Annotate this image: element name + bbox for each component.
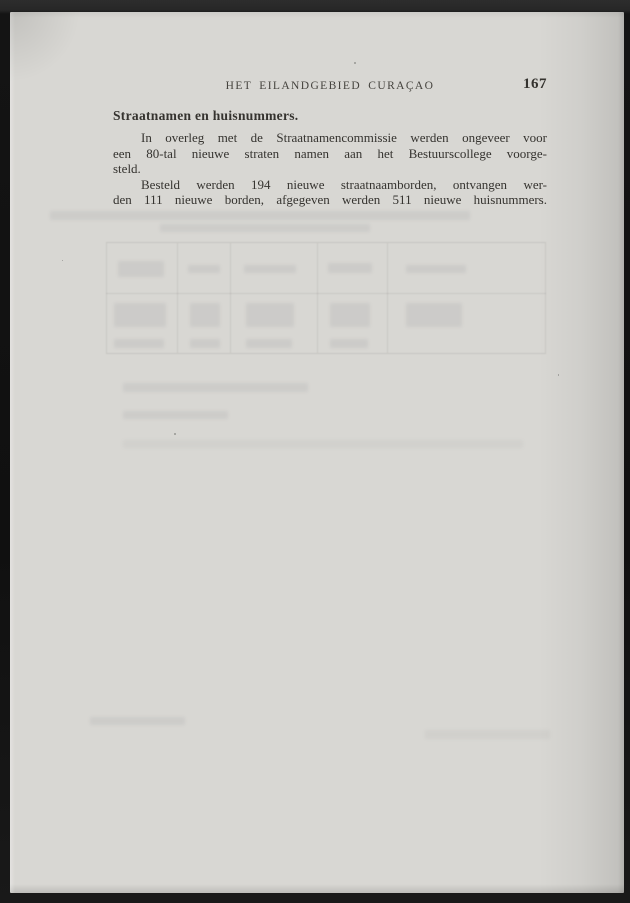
page-header: HET EILANDGEBIED CURAÇAO 167 (113, 80, 547, 98)
body-line: een 80-tal nieuwe straten namen aan het … (113, 146, 547, 162)
show-through-text-ghost (123, 383, 308, 392)
body-line: den 111 nieuwe borden, afgegeven werden … (113, 192, 547, 208)
dust-speck (558, 374, 559, 376)
paragraph: In overleg met de Straatnamencommissie w… (113, 130, 547, 177)
body-line: steld. (113, 161, 547, 177)
section-heading: Straatnamen en huisnummers. (113, 108, 547, 123)
body-line: In overleg met de Straatnamencommissie w… (113, 130, 547, 146)
show-through-text-ghost (50, 211, 470, 220)
body-line: Besteld werden 194 nieuwe straatnaambord… (113, 177, 547, 193)
scanned-page: HET EILANDGEBIED CURAÇAO 167 Straatnamen… (10, 12, 624, 893)
text-block: Straatnamen en huisnummers. In overleg m… (113, 108, 547, 208)
paragraph: Besteld werden 194 nieuwe straatnaambord… (113, 177, 547, 208)
show-through-text-ghost (123, 411, 228, 419)
show-through-text-ghost (160, 224, 370, 232)
show-through-text-ghost (90, 717, 185, 725)
page-number: 167 (523, 76, 547, 93)
show-through-text-ghost (425, 730, 550, 739)
dust-speck (354, 62, 356, 64)
running-title: HET EILANDGEBIED CURAÇAO (113, 80, 547, 92)
dust-speck (174, 433, 176, 435)
show-through-text-ghost (123, 440, 523, 448)
dust-speck (62, 260, 63, 261)
show-through-table-ghost (106, 242, 546, 354)
